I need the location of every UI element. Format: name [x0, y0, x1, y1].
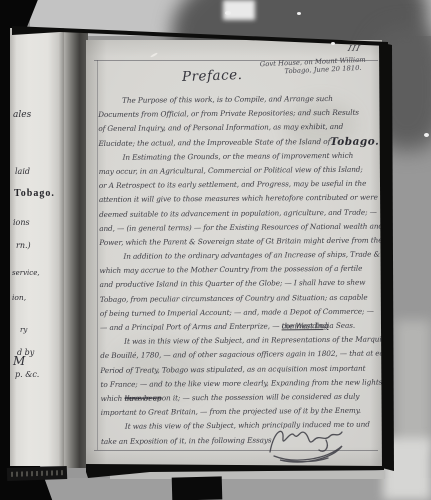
dateline-date: Tobago, June 20 1810.: [280, 64, 366, 75]
facing-page-text-fragment: laid: [15, 167, 30, 176]
facing-page-text-fragment: ry: [20, 326, 27, 334]
facing-page-text-fragment: M: [13, 354, 25, 368]
facing-page-text-fragment: p. &c.: [15, 370, 39, 379]
dust-speck: [331, 42, 335, 45]
dateline: Govt House, on Mount William Tobago, Jun…: [260, 57, 366, 77]
backdrop-bright-corner: [383, 438, 431, 500]
backdrop-bottom-strip: [40, 478, 431, 500]
manuscript-page: III Govt House, on Mount William Tobago,…: [86, 40, 382, 468]
manuscript-paragraph: In addition to the ordinary advantages o…: [99, 248, 378, 336]
cover-bottom-edge-highlight: [110, 471, 385, 479]
manuscript-paragraph: The Purpose of this work, is to Compile,…: [98, 92, 376, 151]
facing-page-text-fragment: ions: [13, 218, 30, 227]
page-number: III: [346, 44, 361, 53]
photographed-manuscript: ales laid Tobago. ions rn.) service, ion…: [0, 0, 431, 500]
label-scratch-marks: [11, 470, 63, 477]
facing-page-text-fragment: ion,: [12, 293, 26, 302]
manuscript-paragraph: It was in this view of the Subject, and …: [100, 333, 379, 421]
binding-gutter: [64, 30, 88, 468]
facing-page-text-fragment: rn.): [16, 241, 31, 250]
manuscript-line: Elucidate; the actual, and the Improveab…: [98, 134, 376, 151]
facing-page-text-fragment: ales: [13, 110, 31, 120]
facing-page-text-fragment: Tobago.: [14, 188, 55, 199]
backdrop-light-patch: [395, 320, 431, 450]
black-tab-marker: [172, 476, 223, 500]
dust-speck: [424, 133, 429, 137]
page-title: Preface.: [182, 67, 243, 85]
light-glare: [223, 0, 255, 20]
manuscript-paragraph: In Estimating the Grounds, or the means …: [98, 148, 377, 250]
signature-flourish-icon: [264, 420, 352, 464]
spine-label: [7, 466, 67, 481]
manuscript-text: The Purpose of this work, is to Compile,…: [98, 92, 379, 449]
dust-speck: [297, 12, 301, 15]
facing-page-text-fragment: service,: [12, 269, 40, 277]
dust-speck: [225, 11, 231, 15]
